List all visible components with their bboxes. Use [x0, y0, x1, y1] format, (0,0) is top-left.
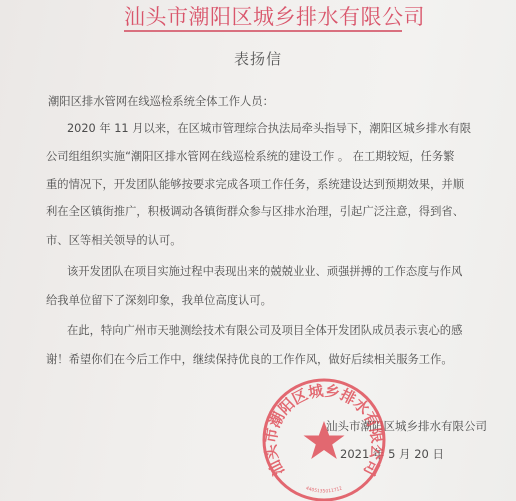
paragraph-1-line-1: 2020 年 11 月以来，在区城市管理综合执法局牵头指导下，潮阳区城乡排水有限 — [67, 122, 471, 136]
seal-ring-icon — [264, 380, 384, 500]
letter-page: 汕头市潮阳区城乡排水有限公司 表扬信 潮阳区排水管网在线巡检系统全体工作人员： … — [0, 0, 516, 501]
paragraph-3-line-2: 谢！希望你们在今后工作中，继续保持优良的工作作风，做好后续相关服务工作。 — [46, 353, 453, 367]
paragraph-3-line-1: 在此，特向广州市天驰测绘技术有限公司及项目全体开发团队成员表示衷心的感 — [67, 324, 462, 338]
letterhead-underline — [124, 30, 402, 32]
company-letterhead: 汕头市潮阳区城乡排水有限公司 — [124, 4, 402, 30]
paragraph-1-line-4: 利在全区镇街推广，积极调动各镇街群众参与区排水治理，引起广泛注意，得到省、 — [46, 205, 464, 219]
signature-date: 2021 年 5 月 20 日 — [340, 446, 444, 462]
seal-serial: 4405135011712 — [305, 485, 343, 494]
paragraph-2-line-1: 该开发团队在项目实施过程中表现出来的兢兢业业、顽强拼搏的工作态度与作风 — [67, 265, 462, 279]
paragraph-1-line-3: 重的情况下，开发团队能够按要求完成各项工作任务，系统建设达到预期效果，并顺 — [46, 178, 464, 192]
salutation: 潮阳区排水管网在线巡检系统全体工作人员： — [48, 95, 274, 109]
letter-title: 表扬信 — [0, 48, 516, 69]
official-seal: 汕头市潮阳区城乡排水有限公司 4405135011712 — [261, 377, 387, 501]
paragraph-2-line-2: 给我单位留下了深刻印象，我单位高度认可。 — [46, 294, 272, 308]
signature-company: 汕头市潮阳区城乡排水有限公司 — [326, 418, 487, 434]
paragraph-1-line-2: 公司组组织实施“潮阳区排水管网在线巡检系统的建设工作 。 在工期较短，任务繁 — [46, 150, 454, 164]
paragraph-1-line-5: 市、区等相关领导的认可。 — [46, 234, 182, 248]
